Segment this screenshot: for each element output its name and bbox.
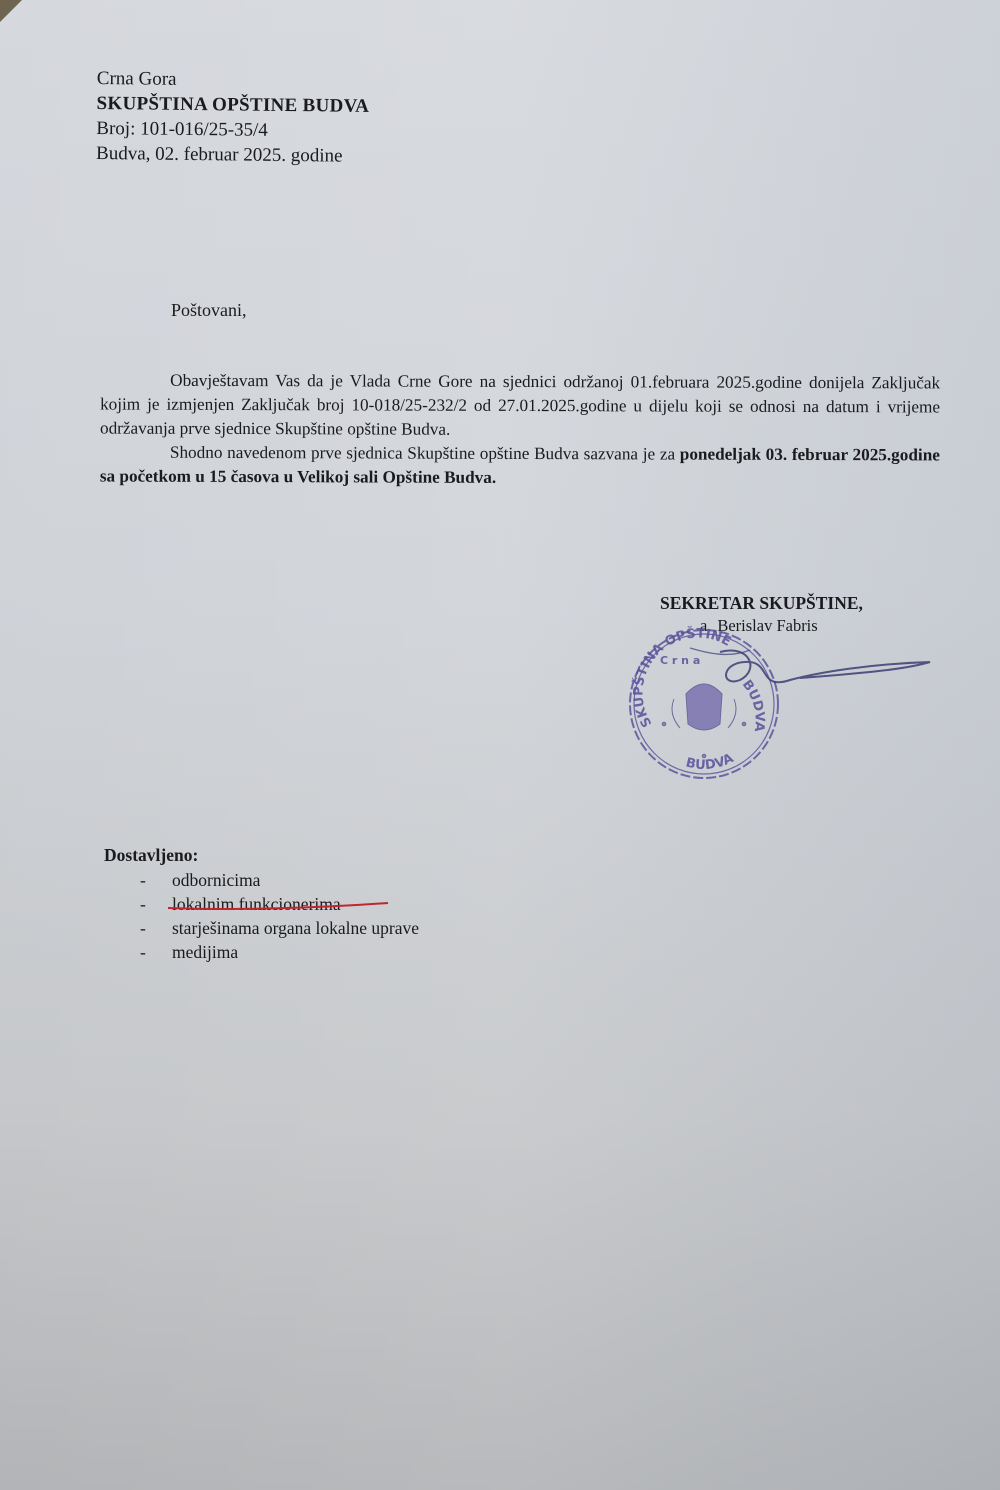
paragraph-1: Obavještavam Vas da je Vlada Crne Gore n… (100, 369, 940, 444)
letterhead: Crna Gora SKUPŠTINA OPŠTINE BUDVA Broj: … (96, 66, 370, 169)
paragraph-2: Shodno navedenom prve sjednica Skupštine… (100, 441, 940, 492)
bullet-dash: - (140, 940, 146, 964)
distribution-list: Dostavljeno: -odbornicima -lokalnim funk… (104, 845, 419, 964)
bullet-dash: - (140, 916, 146, 940)
recipient-list: -odbornicima -lokalnim funkcionerima -st… (104, 868, 419, 964)
table-corner (0, 0, 22, 22)
letter-body: Obavještavam Vas da je Vlada Crne Gore n… (100, 369, 940, 492)
list-item: -starješinama organa lokalne uprave (104, 916, 419, 940)
place-date: Budva, 02. februar 2025. godine (96, 141, 369, 169)
recipient-label: odbornicima (172, 870, 260, 890)
list-item: -odbornicima (104, 868, 419, 892)
distribution-title: Dostavljeno: (104, 845, 419, 866)
list-item: -medijima (104, 940, 419, 964)
document-number: Broj: 101-016/25-35/4 (96, 116, 369, 144)
red-underline-mark (166, 900, 391, 912)
institution-name: SKUPŠTINA OPŠTINE BUDVA (96, 91, 369, 119)
paragraph-2-text: Shodno navedenom prve sjednica Skupštine… (170, 443, 680, 464)
recipient-label: starješinama organa lokalne uprave (172, 918, 419, 938)
greeting: Poštovani, (171, 300, 247, 321)
recipient-label: medijima (172, 942, 238, 962)
country-line: Crna Gora (97, 66, 370, 94)
handwritten-signature-icon (680, 640, 940, 700)
bullet-dash: - (140, 892, 146, 916)
bullet-dash: - (140, 868, 146, 892)
signatory-title: SEKRETAR SKUPŠTINE, (660, 593, 960, 614)
paper-shading (0, 0, 1000, 1490)
